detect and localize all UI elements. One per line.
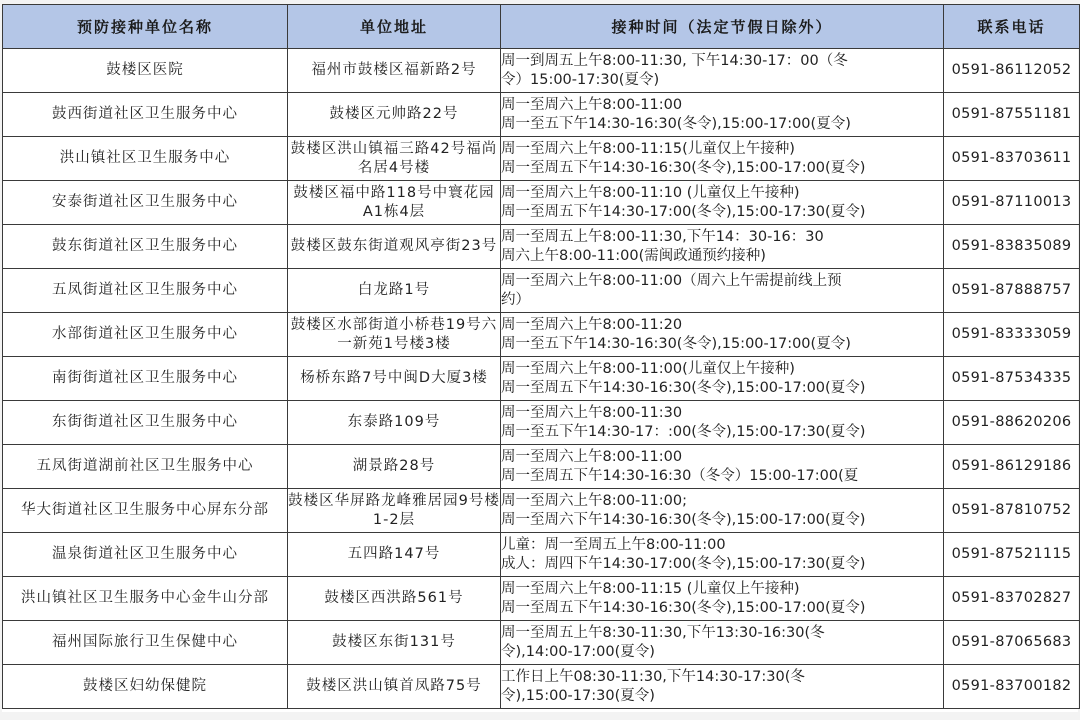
site-name: 鼓楼区妇幼保健院 xyxy=(3,665,288,709)
site-hours: 周一至周五上午8:00-11:30,下午14：30-16：30周六上午8:00-… xyxy=(501,225,944,269)
site-name: 洪山镇社区卫生服务中心 xyxy=(3,137,288,181)
site-address: 鼓楼区元帅路22号 xyxy=(288,93,501,137)
site-address: 白龙路1号 xyxy=(288,269,501,313)
hours-line: 儿童：周一至周五上午8:00-11:00 xyxy=(501,536,943,555)
site-address: 鼓楼区东街131号 xyxy=(288,621,501,665)
hours-line: 周一至周六下午14:30-16:30(冬令),15:00-17:00(夏令) xyxy=(501,511,943,530)
site-phone: 0591-83333059 xyxy=(944,313,1080,357)
site-address: 福州市鼓楼区福新路2号 xyxy=(288,49,501,93)
table-row: 鼓西街道社区卫生服务中心 鼓楼区元帅路22号 周一至周六上午8:00-11:00… xyxy=(3,93,1080,137)
table-row: 温泉街道社区卫生服务中心 五四路147号 儿童：周一至周五上午8:00-11:0… xyxy=(3,533,1080,577)
header-phone: 联系电话 xyxy=(944,5,1080,49)
hours-line: 周一至五下午14:30-16:30(冬令),15:00-17:00(夏令) xyxy=(501,335,943,354)
site-address: 鼓楼区水部街道小桥巷19号六一新苑1号楼3楼 xyxy=(288,313,501,357)
site-phone: 0591-83835089 xyxy=(944,225,1080,269)
site-phone: 0591-87810752 xyxy=(944,489,1080,533)
header-address: 单位地址 xyxy=(288,5,501,49)
site-name: 南街街道社区卫生服务中心 xyxy=(3,357,288,401)
site-address: 五四路147号 xyxy=(288,533,501,577)
site-address: 湖景路28号 xyxy=(288,445,501,489)
site-address: 鼓楼区洪山镇首凤路75号 xyxy=(288,665,501,709)
hours-line: 周一到周五上午8:00-11:30, 下午14:30-17：00（冬 xyxy=(501,52,943,71)
hours-line: 周一至周六上午8:00-11:10 (儿童仅上午接种) xyxy=(501,184,943,203)
site-name: 水部街道社区卫生服务中心 xyxy=(3,313,288,357)
table-row: 南街街道社区卫生服务中心 杨桥东路7号中闽D大厦3楼 周一至周六上午8:00-1… xyxy=(3,357,1080,401)
hours-line: 周一至周六上午8:00-11:00 xyxy=(501,448,943,467)
hours-line: 周一至周五上午8:00-11:30,下午14：30-16：30 xyxy=(501,228,943,247)
site-address: 鼓楼区西洪路561号 xyxy=(288,577,501,621)
site-address: 鼓楼区华屏路龙峰雅居园9号楼1-2层 xyxy=(288,489,501,533)
site-address: 杨桥东路7号中闽D大厦3楼 xyxy=(288,357,501,401)
table-row: 鼓东街道社区卫生服务中心 鼓楼区鼓东街道观风亭街23号 周一至周五上午8:00-… xyxy=(3,225,1080,269)
site-name: 洪山镇社区卫生服务中心金牛山分部 xyxy=(3,577,288,621)
table-row: 五凤街道社区卫生服务中心 白龙路1号 周一至周六上午8:00-11:00（周六上… xyxy=(3,269,1080,313)
site-phone: 0591-87065683 xyxy=(944,621,1080,665)
table-row: 东街街道社区卫生服务中心 东泰路109号 周一至周六上午8:00-11:30周一… xyxy=(3,401,1080,445)
hours-line: 周一至周六上午8:00-11:00（周六上午需提前线上预 xyxy=(501,272,943,291)
site-address: 东泰路109号 xyxy=(288,401,501,445)
site-address: 鼓楼区鼓东街道观风亭街23号 xyxy=(288,225,501,269)
site-name: 福州国际旅行卫生保健中心 xyxy=(3,621,288,665)
hours-line: 周六上午8:00-11:00(需闽政通预约接种) xyxy=(501,247,943,266)
hours-line: 令),14:00-17:00(夏令) xyxy=(501,643,943,662)
hours-line: 周一至周六上午8:00-11:00(儿童仅上午接种) xyxy=(501,360,943,379)
hours-line: 周一至五下午14:30-16:30(冬令),15:00-17:00(夏令) xyxy=(501,115,943,134)
site-name: 安泰街道社区卫生服务中心 xyxy=(3,181,288,225)
site-name: 鼓东街道社区卫生服务中心 xyxy=(3,225,288,269)
hours-line: 周一至周五下午14:30-17:00(冬令),15:00-17:30(夏令) xyxy=(501,203,943,222)
table-row: 水部街道社区卫生服务中心 鼓楼区水部街道小桥巷19号六一新苑1号楼3楼 周一至周… xyxy=(3,313,1080,357)
site-hours: 儿童：周一至周五上午8:00-11:00成人：周四下午14:30-17:00(冬… xyxy=(501,533,944,577)
site-hours: 周一至周六上午8:00-11:00(儿童仅上午接种)周一至周五下午14:30-1… xyxy=(501,357,944,401)
hours-line: 周一至周五下午14:30-16:30(冬令),15:00-17:00(夏令) xyxy=(501,159,943,178)
site-name: 东街街道社区卫生服务中心 xyxy=(3,401,288,445)
hours-line: 工作日上午08:30-11:30,下午14:30-17:30(冬 xyxy=(501,668,943,687)
site-phone: 0591-87534335 xyxy=(944,357,1080,401)
hours-line: 周一至周六上午8:00-11:15(儿童仅上午接种) xyxy=(501,140,943,159)
hours-line: 令),15:00-17:30(夏令) xyxy=(501,687,943,706)
table-row: 安泰街道社区卫生服务中心 鼓楼区福中路118号中寰花园A1栋4层 周一至周六上午… xyxy=(3,181,1080,225)
table-row: 福州国际旅行卫生保健中心 鼓楼区东街131号 周一至周五上午8:30-11:30… xyxy=(3,621,1080,665)
table-row: 鼓楼区妇幼保健院 鼓楼区洪山镇首凤路75号 工作日上午08:30-11:30,下… xyxy=(3,665,1080,709)
header-name: 预防接种单位名称 xyxy=(3,5,288,49)
hours-line: 令）15:00-17:30(夏令) xyxy=(501,71,943,90)
hours-line: 周一至周五上午8:30-11:30,下午13:30-16:30(冬 xyxy=(501,624,943,643)
site-name: 华大街道社区卫生服务中心屏东分部 xyxy=(3,489,288,533)
site-hours: 周一至周六上午8:00-11:15(儿童仅上午接种)周一至周五下午14:30-1… xyxy=(501,137,944,181)
site-hours: 周一至周六上午8:00-11:00周一至周五下午14:30-16:30（冬令）1… xyxy=(501,445,944,489)
header-row: 预防接种单位名称 单位地址 接种时间（法定节假日除外） 联系电话 xyxy=(3,5,1080,49)
site-hours: 工作日上午08:30-11:30,下午14:30-17:30(冬令),15:00… xyxy=(501,665,944,709)
site-name: 五凤街道社区卫生服务中心 xyxy=(3,269,288,313)
site-name: 鼓西街道社区卫生服务中心 xyxy=(3,93,288,137)
table-row: 洪山镇社区卫生服务中心 鼓楼区洪山镇福三路42号福尚名居4号楼 周一至周六上午8… xyxy=(3,137,1080,181)
header-hours: 接种时间（法定节假日除外） xyxy=(501,5,944,49)
site-hours: 周一至周六上午8:00-11:30周一至五下午14:30-17：:00(冬令),… xyxy=(501,401,944,445)
site-hours: 周一到周五上午8:00-11:30, 下午14:30-17：00（冬令）15:0… xyxy=(501,49,944,93)
hours-line: 约） xyxy=(501,291,943,310)
site-phone: 0591-87110013 xyxy=(944,181,1080,225)
site-hours: 周一至周六上午8:00-11:15 (儿童仅上午接种)周一至周五下午14:30-… xyxy=(501,577,944,621)
hours-line: 周一至五下午14:30-17：:00(冬令),15:00-17:30(夏令) xyxy=(501,423,943,442)
site-phone: 0591-87551181 xyxy=(944,93,1080,137)
hours-line: 周一至周六上午8:00-11:15 (儿童仅上午接种) xyxy=(501,580,943,599)
table-row: 洪山镇社区卫生服务中心金牛山分部 鼓楼区西洪路561号 周一至周六上午8:00-… xyxy=(3,577,1080,621)
site-phone: 0591-86129186 xyxy=(944,445,1080,489)
site-phone: 0591-88620206 xyxy=(944,401,1080,445)
site-hours: 周一至周六上午8:00-11:00周一至五下午14:30-16:30(冬令),1… xyxy=(501,93,944,137)
hours-line: 成人：周四下午14:30-17:00(冬令),15:00-17:30(夏令) xyxy=(501,555,943,574)
site-address: 鼓楼区洪山镇福三路42号福尚名居4号楼 xyxy=(288,137,501,181)
site-phone: 0591-86112052 xyxy=(944,49,1080,93)
hours-line: 周一至周六上午8:00-11:30 xyxy=(501,404,943,423)
hours-line: 周一至周五下午14:30-16:30(冬令),15:00-17:00(夏令) xyxy=(501,379,943,398)
table-row: 鼓楼区医院 福州市鼓楼区福新路2号 周一到周五上午8:00-11:30, 下午1… xyxy=(3,49,1080,93)
vaccination-sites-table: 预防接种单位名称 单位地址 接种时间（法定节假日除外） 联系电话 鼓楼区医院 福… xyxy=(2,4,1080,709)
site-hours: 周一至周六上午8:00-11:10 (儿童仅上午接种)周一至周五下午14:30-… xyxy=(501,181,944,225)
site-hours: 周一至周五上午8:30-11:30,下午13:30-16:30(冬令),14:0… xyxy=(501,621,944,665)
hours-line: 周一至周五下午14:30-16:30（冬令）15:00-17:00(夏 xyxy=(501,467,943,486)
site-name: 五凤街道湖前社区卫生服务中心 xyxy=(3,445,288,489)
site-phone: 0591-83702827 xyxy=(944,577,1080,621)
table-row: 五凤街道湖前社区卫生服务中心 湖景路28号 周一至周六上午8:00-11:00周… xyxy=(3,445,1080,489)
site-phone: 0591-83700182 xyxy=(944,665,1080,709)
site-name: 鼓楼区医院 xyxy=(3,49,288,93)
page: 预防接种单位名称 单位地址 接种时间（法定节假日除外） 联系电话 鼓楼区医院 福… xyxy=(0,0,1080,720)
hours-line: 周一至周六上午8:00-11:20 xyxy=(501,316,943,335)
hours-line: 周一至周六上午8:00-11:00 xyxy=(501,96,943,115)
site-name: 温泉街道社区卫生服务中心 xyxy=(3,533,288,577)
table-row: 华大街道社区卫生服务中心屏东分部 鼓楼区华屏路龙峰雅居园9号楼1-2层 周一至周… xyxy=(3,489,1080,533)
site-phone: 0591-87521115 xyxy=(944,533,1080,577)
site-address: 鼓楼区福中路118号中寰花园A1栋4层 xyxy=(288,181,501,225)
site-hours: 周一至周六上午8:00-11:00（周六上午需提前线上预约） xyxy=(501,269,944,313)
site-phone: 0591-87888757 xyxy=(944,269,1080,313)
site-hours: 周一至周六上午8:00-11:00;周一至周六下午14:30-16:30(冬令)… xyxy=(501,489,944,533)
hours-line: 周一至周六上午8:00-11:00; xyxy=(501,492,943,511)
site-hours: 周一至周六上午8:00-11:20周一至五下午14:30-16:30(冬令),1… xyxy=(501,313,944,357)
site-phone: 0591-83703611 xyxy=(944,137,1080,181)
hours-line: 周一至周五下午14:30-16:30(冬令),15:00-17:00(夏令) xyxy=(501,599,943,618)
